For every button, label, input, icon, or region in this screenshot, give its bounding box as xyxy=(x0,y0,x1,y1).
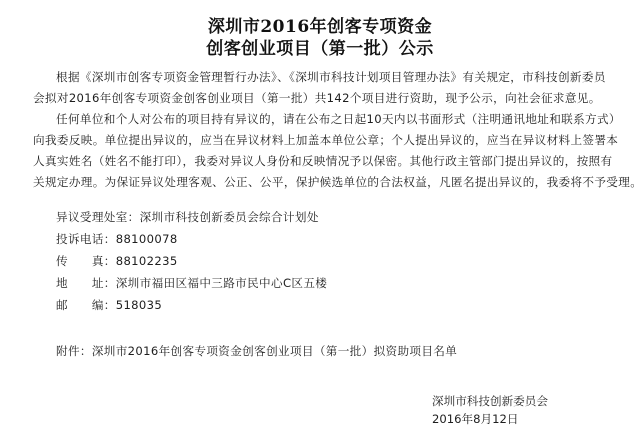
contact-fax: 传 真：88102235 xyxy=(56,253,178,269)
paragraph-line: 向我委反映。单位提出异议的，应当在异议材料上加盖本单位公章；个人提出异议的，应当… xyxy=(33,132,618,148)
contact-phone-value: 88100078 xyxy=(116,232,178,246)
attachment-label: 附件： xyxy=(56,344,92,358)
contact-office-label: 异议受理处室： xyxy=(56,210,140,224)
contact-address-label: 地 址： xyxy=(56,276,116,290)
paragraph-line: 任何单位和个人对公布的项目持有异议的，请在公布之日起10天内以书面形式（注明通讯… xyxy=(56,111,621,127)
title-line-2: 创客创业项目（第一批）公示 xyxy=(0,34,640,59)
contact-fax-value: 88102235 xyxy=(116,254,178,268)
contact-address-value: 深圳市福田区福中三路市民中心C区五楼 xyxy=(116,276,328,290)
signature-date: 2016年8月12日 xyxy=(432,411,518,427)
contact-postcode-value: 518035 xyxy=(116,298,162,312)
contact-address: 地 址：深圳市福田区福中三路市民中心C区五楼 xyxy=(56,275,327,291)
contact-office-value: 深圳市科技创新委员会综合计划处 xyxy=(140,210,319,224)
attachment-title: 深圳市2016年创客专项资金创客创业项目（第一批）拟资助项目名单 xyxy=(92,344,457,358)
contact-fax-label: 传 真： xyxy=(56,254,116,268)
contact-phone-label: 投诉电话： xyxy=(56,232,116,246)
contact-postcode-label: 邮 编： xyxy=(56,298,116,312)
contact-postcode: 邮 编：518035 xyxy=(56,297,162,313)
attachment: 附件：深圳市2016年创客专项资金创客创业项目（第一批）拟资助项目名单 xyxy=(56,343,457,359)
paragraph-line: 关规定办理。为保证异议处理客观、公正、公平，保护候选单位的合法权益，凡匿名提出异… xyxy=(33,174,640,190)
contact-phone: 投诉电话：88100078 xyxy=(56,231,178,247)
contact-office: 异议受理处室：深圳市科技创新委员会综合计划处 xyxy=(56,209,319,225)
paragraph-line: 根据《深圳市创客专项资金管理暂行办法》、《深圳市科技计划项目管理办法》有关规定，… xyxy=(56,69,606,85)
paragraph-line: 人真实姓名（姓名不能打印），我委对异议人身份和反映情况予以保密。其他行政主管部门… xyxy=(33,153,612,169)
signature-org: 深圳市科技创新委员会 xyxy=(432,393,548,409)
paragraph-line: 会拟对2016年创客专项资金创客创业项目（第一批）共142个项目进行资助，现予公… xyxy=(33,90,601,106)
